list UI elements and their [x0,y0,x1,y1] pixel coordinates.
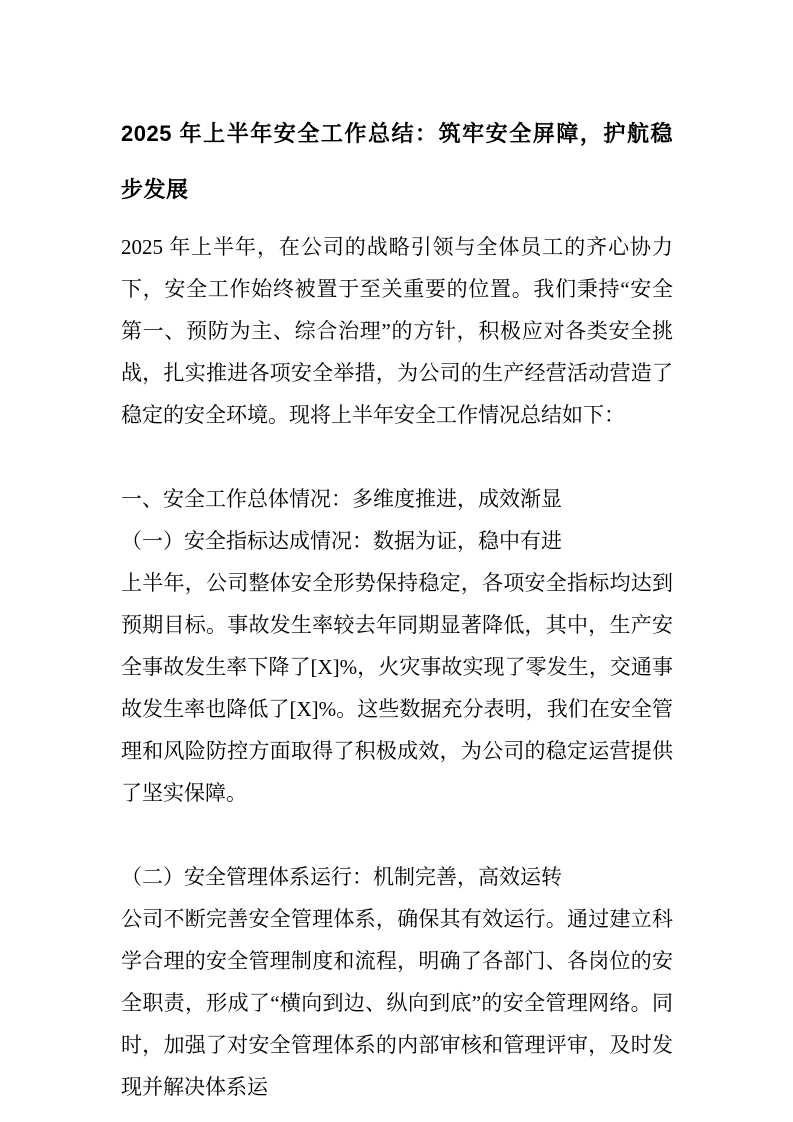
subsection-2-heading: （二）安全管理体系运行：机制完善，高效运转 [121,856,673,898]
subsection-2-body: 公司不断完善安全管理体系，确保其有效运行。通过建立科学合理的安全管理制度和流程，… [121,898,673,1108]
subsection-1-heading: （一）安全指标达成情况：数据为证，稳中有进 [121,520,673,562]
subsection-1-body: 上半年，公司整体安全形势保持稳定，各项安全指标均达到预期目标。事故发生率较去年同… [121,562,673,814]
intro-paragraph: 2025 年上半年，在公司的战略引领与全体员工的齐心协力下，安全工作始终被置于至… [121,226,673,436]
section-1-heading: 一、安全工作总体情况：多维度推进，成效渐显 [121,478,673,520]
document-page: 2025 年上半年安全工作总结：筑牢安全屏障，护航稳步发展 2025 年上半年，… [0,0,793,1122]
blank-line [121,436,673,478]
document-title: 2025 年上半年安全工作总结：筑牢安全屏障，护航稳步发展 [121,106,673,218]
blank-line [121,814,673,856]
